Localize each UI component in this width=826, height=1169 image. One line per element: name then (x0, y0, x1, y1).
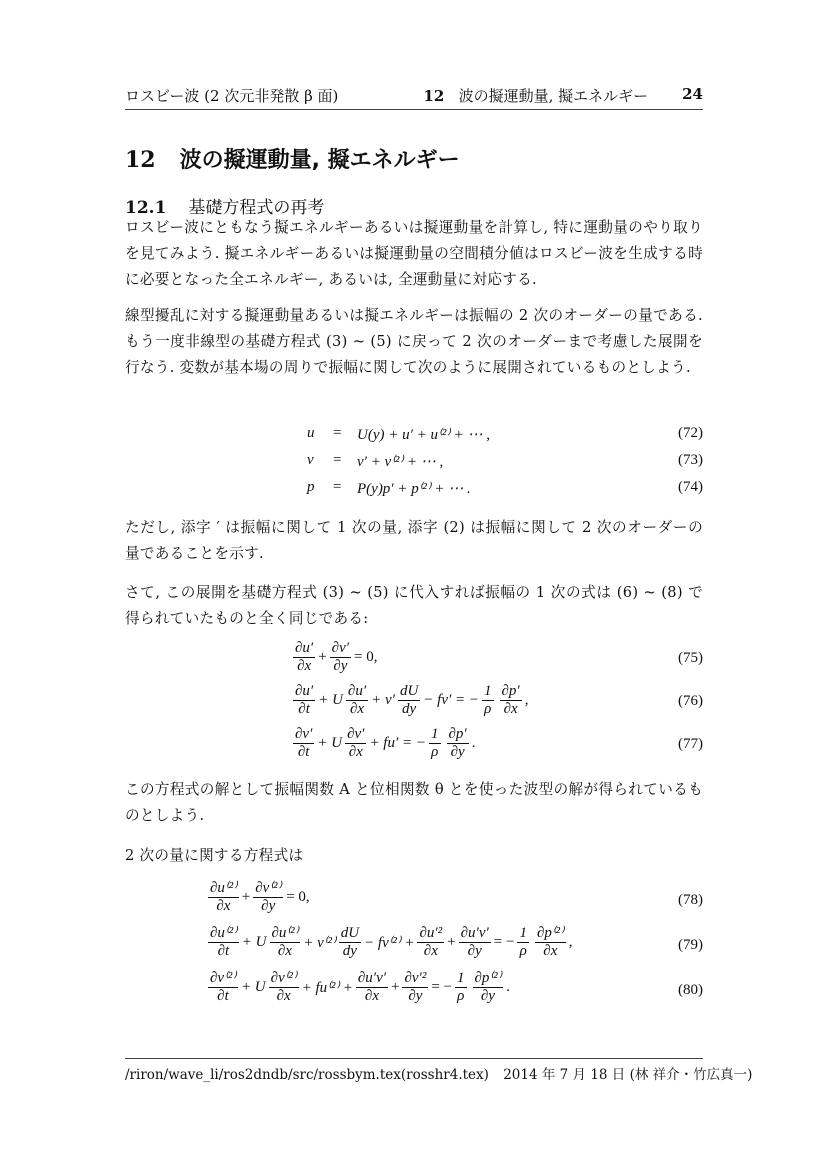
equation-75: ∂u′∂x + ∂v′∂y = 0, (290, 640, 378, 675)
header-left: ロスビー波 (2 次元非発散 β 面) (125, 85, 338, 106)
equation-number: (74) (678, 479, 703, 496)
paragraph-intro: ロスビー波にともなう擬エネルギーあるいは擬運動量を計算し, 特に運動量のやり取り… (125, 215, 703, 293)
equation-number: (75) (678, 650, 703, 667)
second-order-equations: ∂u⁽²⁾∂x + ∂v⁽²⁾∂y = 0, (78) ∂u⁽²⁾∂t + U … (125, 880, 703, 1020)
paragraph-second-order: 2 次の量に関する方程式は (125, 843, 703, 869)
first-order-equations: ∂u′∂x + ∂v′∂y = 0, (75) ∂u′∂t + U ∂u′∂x … (125, 640, 703, 770)
paragraph-solution: この方程式の解として振幅関数 A と位相関数 θ とを使った波型の解が得られてい… (125, 777, 703, 829)
header-section-number: 12 (423, 87, 444, 105)
equation-number: (72) (678, 425, 703, 442)
footer-date: 2014 年 7 月 18 日 (林 祥介・竹広真一) (503, 1067, 752, 1083)
paragraph-expansion: 線型擾乱に対する擬運動量あるいは擬エネルギーは振幅の 2 次のオーダーの量である… (125, 303, 703, 381)
equation-77: ∂v′∂t + U ∂v′∂x + fu′ = − 1ρ ∂p′∂y . (290, 726, 475, 761)
equation-76: ∂u′∂t + U ∂u′∂x + v′ dUdy − fv′ = − 1ρ ∂… (290, 683, 528, 718)
equation-number: (73) (678, 452, 703, 469)
equation-78: ∂u⁽²⁾∂x + ∂v⁽²⁾∂y = 0, (205, 880, 310, 915)
page-number: 24 (682, 85, 703, 106)
paragraph-first-order: さて, この展開を基礎方程式 (3) ~ (5) に代入すれば振幅の 1 次の式… (125, 580, 703, 632)
section-title: 波の擬運動量, 擬エネルギー (180, 148, 460, 173)
paragraph-notation: ただし, 添字 ′ は振幅に関して 1 次の量, 添字 (2) は振幅に関して … (125, 515, 703, 567)
footer-path: /riron/wave_li/ros2dndb/src/rossbym.tex(… (125, 1067, 489, 1083)
section-number: 12 (125, 147, 156, 173)
equation-number: (76) (678, 693, 703, 710)
equation-number: (78) (678, 892, 703, 909)
equation-79: ∂u⁽²⁾∂t + U ∂u⁽²⁾∂x + v⁽²⁾ dUdy − fv⁽²⁾ … (205, 925, 572, 960)
header-right: 12 波の擬運動量, 擬エネルギー 24 (423, 85, 703, 106)
equation-80: ∂v⁽²⁾∂t + U ∂v⁽²⁾∂x + fu⁽²⁾ + ∂u′v′∂x + … (205, 970, 510, 1005)
equation-number: (77) (678, 736, 703, 753)
equation-number: (80) (678, 982, 703, 999)
header-section-title: 波の擬運動量, 擬エネルギー (459, 87, 649, 105)
running-header: ロスビー波 (2 次元非発散 β 面) 12 波の擬運動量, 擬エネルギー 24 (125, 88, 703, 110)
page-footer: /riron/wave_li/ros2dndb/src/rossbym.tex(… (125, 1058, 703, 1083)
section-heading: 12波の擬運動量, 擬エネルギー (125, 143, 460, 174)
equation-number: (79) (678, 937, 703, 954)
